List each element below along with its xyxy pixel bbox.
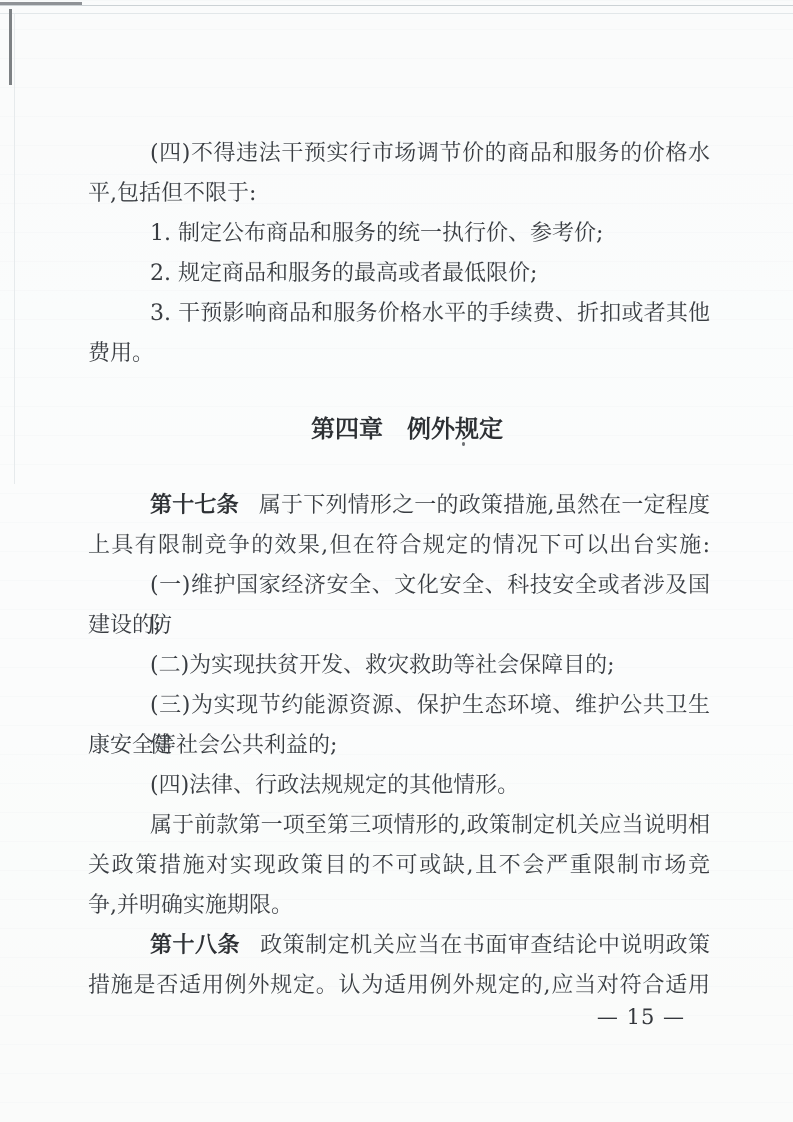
- text-line: 争,并明确实施期限。: [88, 886, 710, 926]
- line-text: 属于前款第一项至第三项情形的,政策制定机关应当说明相: [150, 813, 710, 838]
- scan-top-edge-dark-artifact: [0, 2, 82, 5]
- text-line: (一)维护国家经济安全、文化安全、科技安全或者涉及国防: [88, 566, 710, 606]
- page-number: — 15 —: [597, 1002, 685, 1032]
- line-text: 属于下列情形之一的政策措施,虽然在一定程度: [259, 493, 710, 518]
- line-text: (四)法律、行政法规规定的其他情形。: [150, 773, 519, 798]
- chapter-heading: 第四章 例外规定: [104, 409, 710, 449]
- line-text: 措施是否适用例外规定。认为适用例外规定的,应当对符合适用: [88, 973, 710, 998]
- text-line: 属于前款第一项至第三项情形的,政策制定机关应当说明相: [88, 806, 710, 846]
- line-text: 康安全等社会公共利益的;: [88, 733, 337, 758]
- text-line: 费用。: [88, 334, 710, 374]
- line-text: 政策制定机关应当在书面审查结论中说明政策: [260, 933, 710, 958]
- text-line: 关政策措施对实现政策目的不可或缺,且不会严重限制市场竞: [88, 846, 710, 886]
- scan-top-edge-line-artifact: [0, 5, 793, 6]
- scan-top-edge-faint-line-artifact: [0, 13, 793, 14]
- text-line: 1. 制定公布商品和服务的统一执行价、参考价;: [88, 214, 710, 254]
- text-line: (四)法律、行政法规规定的其他情形。: [88, 766, 710, 806]
- line-text: (二)为实现扶贫开发、救灾救助等社会保障目的;: [150, 653, 615, 678]
- text-line: 措施是否适用例外规定。认为适用例外规定的,应当对符合适用: [88, 966, 710, 1006]
- text-line: 2. 规定商品和服务的最高或者最低限价;: [88, 254, 710, 294]
- text-line: 建设的;: [88, 606, 710, 646]
- line-text: 第四章 例外规定: [311, 415, 503, 443]
- text-line: 上具有限制竞争的效果,但在符合规定的情况下可以出台实施:: [88, 526, 710, 566]
- line-text: 争,并明确实施期限。: [88, 893, 293, 918]
- line-text: 平,包括但不限于:: [88, 181, 256, 206]
- document-page: (四)不得违法干预实行市场调节价的商品和服务的价格水平,包括但不限于:1. 制定…: [0, 0, 793, 1122]
- line-text: 2. 规定商品和服务的最高或者最低限价;: [150, 261, 537, 286]
- text-line: (三)为实现节约能源资源、保护生态环境、维护公共卫生健: [88, 686, 710, 726]
- text-line: 康安全等社会公共利益的;: [88, 726, 710, 766]
- line-text: 建设的;: [88, 613, 161, 638]
- text-line: 第十七条属于下列情形之一的政策措施,虽然在一定程度: [88, 486, 710, 526]
- line-text: 1. 制定公布商品和服务的统一执行价、参考价;: [150, 221, 603, 246]
- text-line: 平,包括但不限于:: [88, 174, 710, 214]
- line-text: 关政策措施对实现政策目的不可或缺,且不会严重限制市场竞: [88, 853, 710, 878]
- line-text: 3. 干预影响商品和服务价格水平的手续费、折扣或者其他: [150, 301, 710, 326]
- text-line: 3. 干预影响商品和服务价格水平的手续费、折扣或者其他: [88, 294, 710, 334]
- line-text: 费用。: [88, 341, 154, 366]
- text-line: (二)为实现扶贫开发、救灾救助等社会保障目的;: [88, 646, 710, 686]
- article-number: 第十八条: [150, 933, 240, 958]
- scan-left-edge-line-artifact: [14, 14, 15, 484]
- line-text: (四)不得违法干预实行市场调节价的商品和服务的价格水: [150, 141, 710, 166]
- text-line: (四)不得违法干预实行市场调节价的商品和服务的价格水: [88, 134, 710, 174]
- scan-left-edge-tick-artifact: [9, 9, 12, 85]
- document-body-text: (四)不得违法干预实行市场调节价的商品和服务的价格水平,包括但不限于:1. 制定…: [88, 134, 710, 1006]
- text-line: 第十八条政策制定机关应当在书面审查结论中说明政策: [88, 926, 710, 966]
- line-text: 上具有限制竞争的效果,但在符合规定的情况下可以出台实施:: [88, 533, 710, 558]
- article-number: 第十七条: [150, 493, 239, 518]
